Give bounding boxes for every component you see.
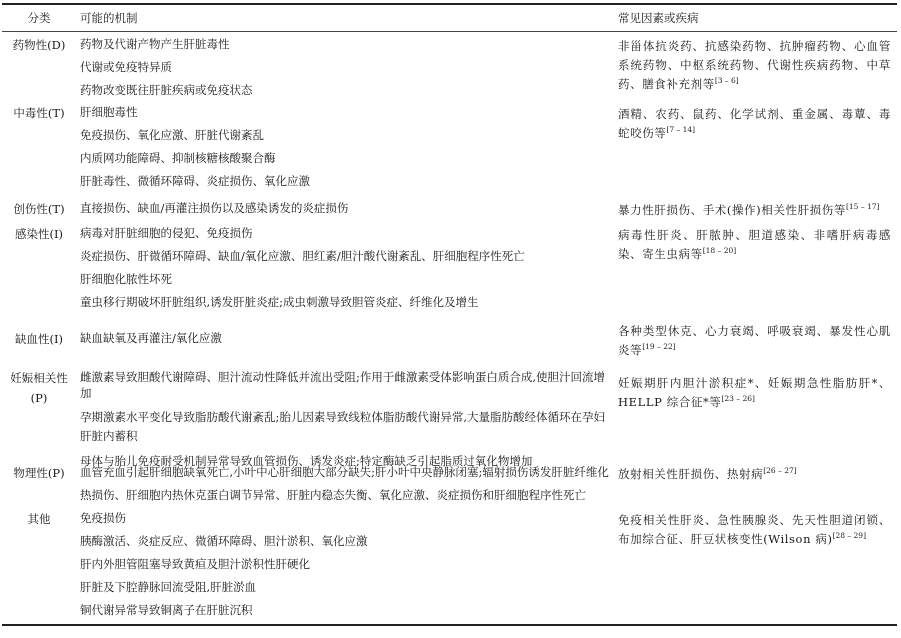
mechanism-cell: 病毒对肝脏细胞的侵犯、免疫损伤 炎症损伤、肝微循环障碍、缺血/氧化应激、胆红素/… xyxy=(74,221,614,313)
factors-cell: 病毒性肝炎、肝脓肿、胆道感染、非嗜肝病毒感染、寄生虫病等[18 – 20] xyxy=(614,221,897,264)
table-row-trauma: 创伤性(T) 直接损伤、缺血/再灌注损伤以及感染诱发的炎症损伤 暴力性肝损伤、手… xyxy=(2,196,897,221)
table-row-other: 其他 免疫损伤 胰酶激活、炎症反应、微循环障碍、胆汁淤积、氧化应激 肝内外胆管阻… xyxy=(2,506,897,624)
mechanism-cell: 血管充血引起肝细胞缺氧死亡,小叶中心肝细胞大部分缺失;肝小叶中央静脉闭塞;辐射损… xyxy=(74,460,614,506)
mechanism-item: 肝细胞化脓性坏死 xyxy=(80,267,614,290)
header-category: 分类 xyxy=(2,10,74,26)
reference: [23 – 26] xyxy=(721,394,754,403)
mechanism-item: 铜代谢异常导致铜离子在肝脏沉积 xyxy=(80,598,614,621)
table-header: 分类 可能的机制 常见因素或疾病 xyxy=(2,5,897,32)
category-cell: 创伤性(T) xyxy=(2,196,74,217)
factors-cell: 妊娠期肝内胆汁淤积症*、妊娠期急性脂肪肝*、HELLP 综合征*等[23 – 2… xyxy=(614,365,897,412)
category-cell: 其他 xyxy=(2,506,74,527)
reference: [26 – 27] xyxy=(763,466,796,475)
factors-cell: 放射相关性肝损伤、热射病[26 – 27] xyxy=(614,460,897,484)
mechanism-item: 热损伤、肝细胞内热休克蛋白调节异常、肝脏内稳态失衡、氧化应激、炎症损伤和肝细胞程… xyxy=(80,483,614,506)
factors-text: 妊娠期肝内胆汁淤积症*、妊娠期急性脂肪肝*、HELLP 综合征*等 xyxy=(618,376,891,409)
reference: [28 – 29] xyxy=(833,531,866,540)
reference: [18 – 20] xyxy=(703,246,736,255)
reference: [19 – 22] xyxy=(642,342,675,351)
factors-text: 放射相关性肝损伤、热射病 xyxy=(618,467,763,481)
reference: [15 – 17] xyxy=(846,202,879,211)
factors-cell: 各种类型休克、心力衰竭、呼吸衰竭、暴发性心肌炎等[19 – 22] xyxy=(614,317,897,360)
factors-cell: 酒精、农药、鼠药、化学试剂、重金属、毒蕈、毒蛇咬伤等[7 – 14] xyxy=(614,100,897,143)
table-row-infection: 感染性(I) 病毒对肝脏细胞的侵犯、免疫损伤 炎症损伤、肝微循环障碍、缺血/氧化… xyxy=(2,221,897,317)
table-row-drug: 药物性(D) 药物及代谢产物产生肝脏毒性 代谢或免疫特异质 药物改变既往肝脏疾病… xyxy=(2,32,897,100)
mechanism-cell: 直接损伤、缺血/再灌注损伤以及感染诱发的炎症损伤 xyxy=(74,196,614,219)
mechanism-item: 肝脏及下腔静脉回流受阻,肝脏淤血 xyxy=(80,575,614,598)
mechanism-item: 孕期激素水平变化导致脂肪酸代谢紊乱;胎儿因素导致线粒体脂肪酸代谢异常,大量脂肪酸… xyxy=(80,404,614,449)
mechanism-item: 肝细胞毒性 xyxy=(80,100,614,123)
table-row-ischemic: 缺血性(I) 缺血缺氧及再灌注/氧化应激 各种类型休克、心力衰竭、呼吸衰竭、暴发… xyxy=(2,317,897,365)
reference: [3 – 6] xyxy=(715,76,739,85)
factors-text: 免疫相关性肝炎、急性胰腺炎、先天性胆道闭锁、布加综合征、肝豆状核变性(Wilso… xyxy=(618,513,891,546)
factors-cell: 暴力性肝损伤、手术(操作)相关性肝损伤等[15 – 17] xyxy=(614,196,897,220)
header-factors: 常见因素或疾病 xyxy=(614,10,897,26)
mechanism-cell: 肝细胞毒性 免疫损伤、氧化应激、肝脏代谢紊乱 内质网功能障碍、抑制核糖核酸聚合酶… xyxy=(74,100,614,192)
mechanism-item: 炎症损伤、肝微循环障碍、缺血/氧化应激、胆红素/胆汁酸代谢紊乱、肝细胞程序性死亡 xyxy=(80,244,614,267)
reference: [7 – 14] xyxy=(666,125,695,134)
factors-cell: 免疫相关性肝炎、急性胰腺炎、先天性胆道闭锁、布加综合征、肝豆状核变性(Wilso… xyxy=(614,506,897,549)
mechanism-cell: 免疫损伤 胰酶激活、炎症反应、微循环障碍、胆汁淤积、氧化应激 肝内外胆管阻塞导致… xyxy=(74,506,614,621)
table-row-physical: 物理性(P) 血管充血引起肝细胞缺氧死亡,小叶中心肝细胞大部分缺失;肝小叶中央静… xyxy=(2,460,897,506)
header-mechanism: 可能的机制 xyxy=(74,10,614,26)
category-label: 妊娠相关性 xyxy=(4,370,74,386)
factors-text: 各种类型休克、心力衰竭、呼吸衰竭、暴发性心肌炎等 xyxy=(618,324,891,357)
mechanism-item: 肝内外胆管阻塞导致黄疸及胆汁淤积性肝硬化 xyxy=(80,552,614,575)
table-row-pregnancy: 妊娠相关性 (P) 雌激素导致胆酸代谢障碍、胆汁流动性降低并流出受阻;作用于雌激… xyxy=(2,365,897,460)
liver-injury-table: 分类 可能的机制 常见因素或疾病 药物性(D) 药物及代谢产物产生肝脏毒性 代谢… xyxy=(2,3,897,626)
mechanism-cell: 缺血缺氧及再灌注/氧化应激 xyxy=(74,317,614,349)
mechanism-item: 血管充血引起肝细胞缺氧死亡,小叶中心肝细胞大部分缺失;肝小叶中央静脉闭塞;辐射损… xyxy=(80,460,614,483)
mechanism-cell: 雌激素导致胆酸代谢障碍、胆汁流动性降低并流出受阻;作用于雌激素受体影响蛋白质合成… xyxy=(74,365,614,472)
mechanism-item: 童虫移行期破坏肝脏组织,诱发肝脏炎症;成虫刺激导致胆管炎症、纤维化及增生 xyxy=(80,290,614,313)
mechanism-item: 病毒对肝脏细胞的侵犯、免疫损伤 xyxy=(80,221,614,244)
factors-text: 非甾体抗炎药、抗感染药物、抗肿瘤药物、心血管系统药物、中枢系统药物、代谢性疾病药… xyxy=(618,39,891,91)
category-cell: 感染性(I) xyxy=(2,221,74,242)
mechanism-item: 雌激素导致胆酸代谢障碍、胆汁流动性降低并流出受阻;作用于雌激素受体影响蛋白质合成… xyxy=(80,365,614,404)
mechanism-item: 药物改变既往肝脏疾病或免疫状态 xyxy=(80,78,614,101)
mechanism-item: 缺血缺氧及再灌注/氧化应激 xyxy=(80,326,614,349)
factors-text: 暴力性肝损伤、手术(操作)相关性肝损伤等 xyxy=(618,203,846,217)
mechanism-item: 代谢或免疫特异质 xyxy=(80,55,614,78)
factors-text: 病毒性肝炎、肝脓肿、胆道感染、非嗜肝病毒感染、寄生虫病等 xyxy=(618,228,891,261)
category-cell: 物理性(P) xyxy=(2,460,74,481)
category-cell: 药物性(D) xyxy=(2,32,74,53)
category-cell: 缺血性(I) xyxy=(2,317,74,347)
factors-text: 酒精、农药、鼠药、化学试剂、重金属、毒蕈、毒蛇咬伤等 xyxy=(618,107,891,140)
category-code: (P) xyxy=(4,390,74,406)
mechanism-item: 内质网功能障碍、抑制核糖核酸聚合酶 xyxy=(80,146,614,169)
category-cell: 妊娠相关性 (P) xyxy=(2,365,74,406)
table-row-toxic: 中毒性(T) 肝细胞毒性 免疫损伤、氧化应激、肝脏代谢紊乱 内质网功能障碍、抑制… xyxy=(2,100,897,196)
mechanism-item: 免疫损伤、氧化应激、肝脏代谢紊乱 xyxy=(80,123,614,146)
mechanism-item: 肝脏毒性、微循环障碍、炎症损伤、氧化应激 xyxy=(80,169,614,192)
category-cell: 中毒性(T) xyxy=(2,100,74,121)
mechanism-item: 直接损伤、缺血/再灌注损伤以及感染诱发的炎症损伤 xyxy=(80,196,614,219)
mechanism-cell: 药物及代谢产物产生肝脏毒性 代谢或免疫特异质 药物改变既往肝脏疾病或免疫状态 xyxy=(74,32,614,101)
mechanism-item: 药物及代谢产物产生肝脏毒性 xyxy=(80,32,614,55)
factors-cell: 非甾体抗炎药、抗感染药物、抗肿瘤药物、心血管系统药物、中枢系统药物、代谢性疾病药… xyxy=(614,32,897,94)
mechanism-item: 胰酶激活、炎症反应、微循环障碍、胆汁淤积、氧化应激 xyxy=(80,529,614,552)
mechanism-item: 免疫损伤 xyxy=(80,506,614,529)
